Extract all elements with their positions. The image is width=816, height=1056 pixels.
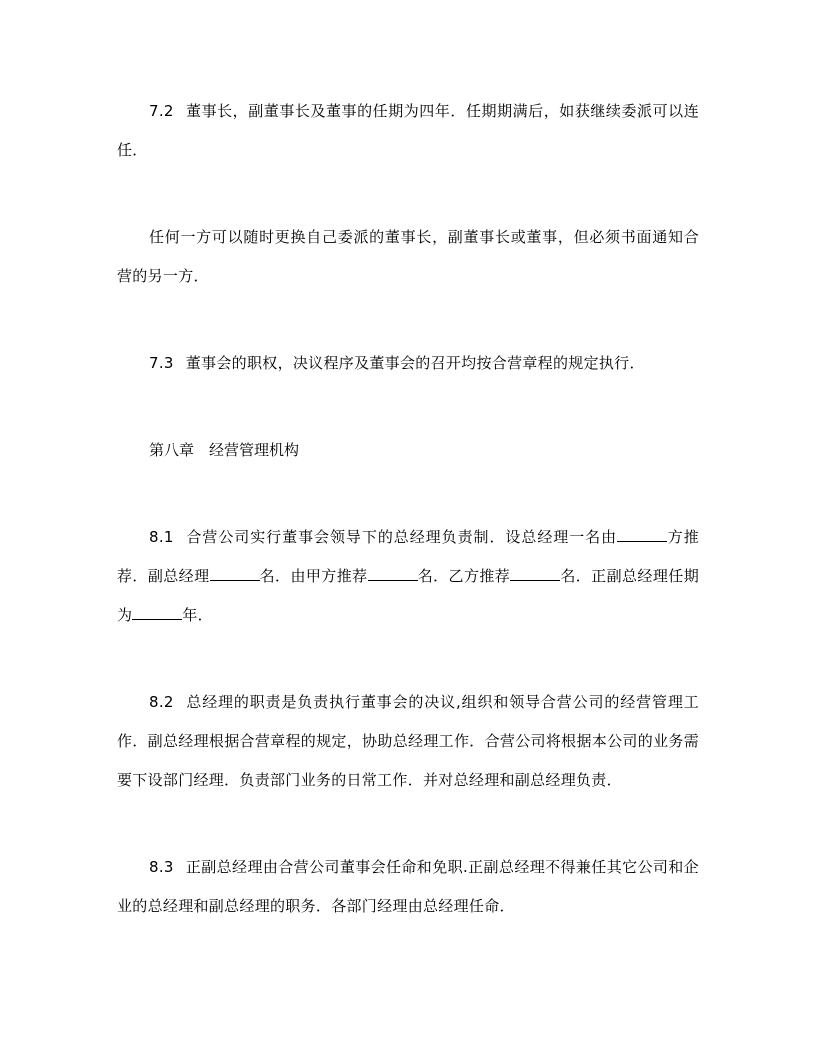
clause-text: 正副总经理由合营公司董事会任命和免职.正副总经理不得兼任其它公司和企业的总经理和… xyxy=(117,858,699,915)
clause-8-3: 8.3正副总经理由合营公司董事会任命和免职.正副总经理不得兼任其它公司和企业的总… xyxy=(117,848,699,926)
clause-7-3: 7.3董事会的职权，决议程序及董事会的召开均按合营章程的规定执行． xyxy=(117,344,699,383)
clause-text: 董事长，副董事长及董事的任期为四年．任期期满后，如获继续委派可以连任． xyxy=(117,102,699,159)
clause-text-part: 年． xyxy=(182,606,213,624)
fill-in-blank[interactable] xyxy=(368,566,418,581)
clause-text: 总经理的职责是负责执行董事会的决议,组织和领导合营公司的经营管理工作．副总经理根… xyxy=(117,693,699,789)
document-page: 7.2董事长，副董事长及董事的任期为四年．任期期满后，如获继续委派可以连任． 任… xyxy=(117,92,699,974)
fill-in-blank[interactable] xyxy=(510,566,560,581)
clause-text: 任何一方可以随时更换自己委派的董事长，副董事长或董事，但必须书面通知合营的另一方… xyxy=(117,228,699,285)
clause-text-part: 名．乙方推荐 xyxy=(418,567,511,585)
clause-7-2-continued: 任何一方可以随时更换自己委派的董事长，副董事长或董事，但必须书面通知合营的另一方… xyxy=(117,218,699,296)
clause-number: 7.2 xyxy=(149,102,174,120)
chapter-8-heading: 第八章 经营管理机构 xyxy=(117,431,699,470)
clause-number: 8.3 xyxy=(149,858,174,876)
fill-in-blank[interactable] xyxy=(617,527,667,542)
fill-in-blank[interactable] xyxy=(132,605,182,620)
clause-number: 7.3 xyxy=(149,354,174,372)
clause-8-2: 8.2总经理的职责是负责执行董事会的决议,组织和领导合营公司的经营管理工作．副总… xyxy=(117,683,699,800)
clause-7-2: 7.2董事长，副董事长及董事的任期为四年．任期期满后，如获继续委派可以连任． xyxy=(117,92,699,170)
clause-text-part: 名．由甲方推荐 xyxy=(260,567,368,585)
clause-number: 8.1 xyxy=(149,528,174,546)
clause-text: 董事会的职权，决议程序及董事会的召开均按合营章程的规定执行． xyxy=(186,354,645,372)
clause-text-part: 合营公司实行董事会领导下的总经理负责制．设总经理一名由 xyxy=(186,528,617,546)
clause-8-1: 8.1合营公司实行董事会领导下的总经理负责制．设总经理一名由方推荐．副总经理名．… xyxy=(117,518,699,635)
clause-number: 8.2 xyxy=(149,693,174,711)
fill-in-blank[interactable] xyxy=(210,566,260,581)
